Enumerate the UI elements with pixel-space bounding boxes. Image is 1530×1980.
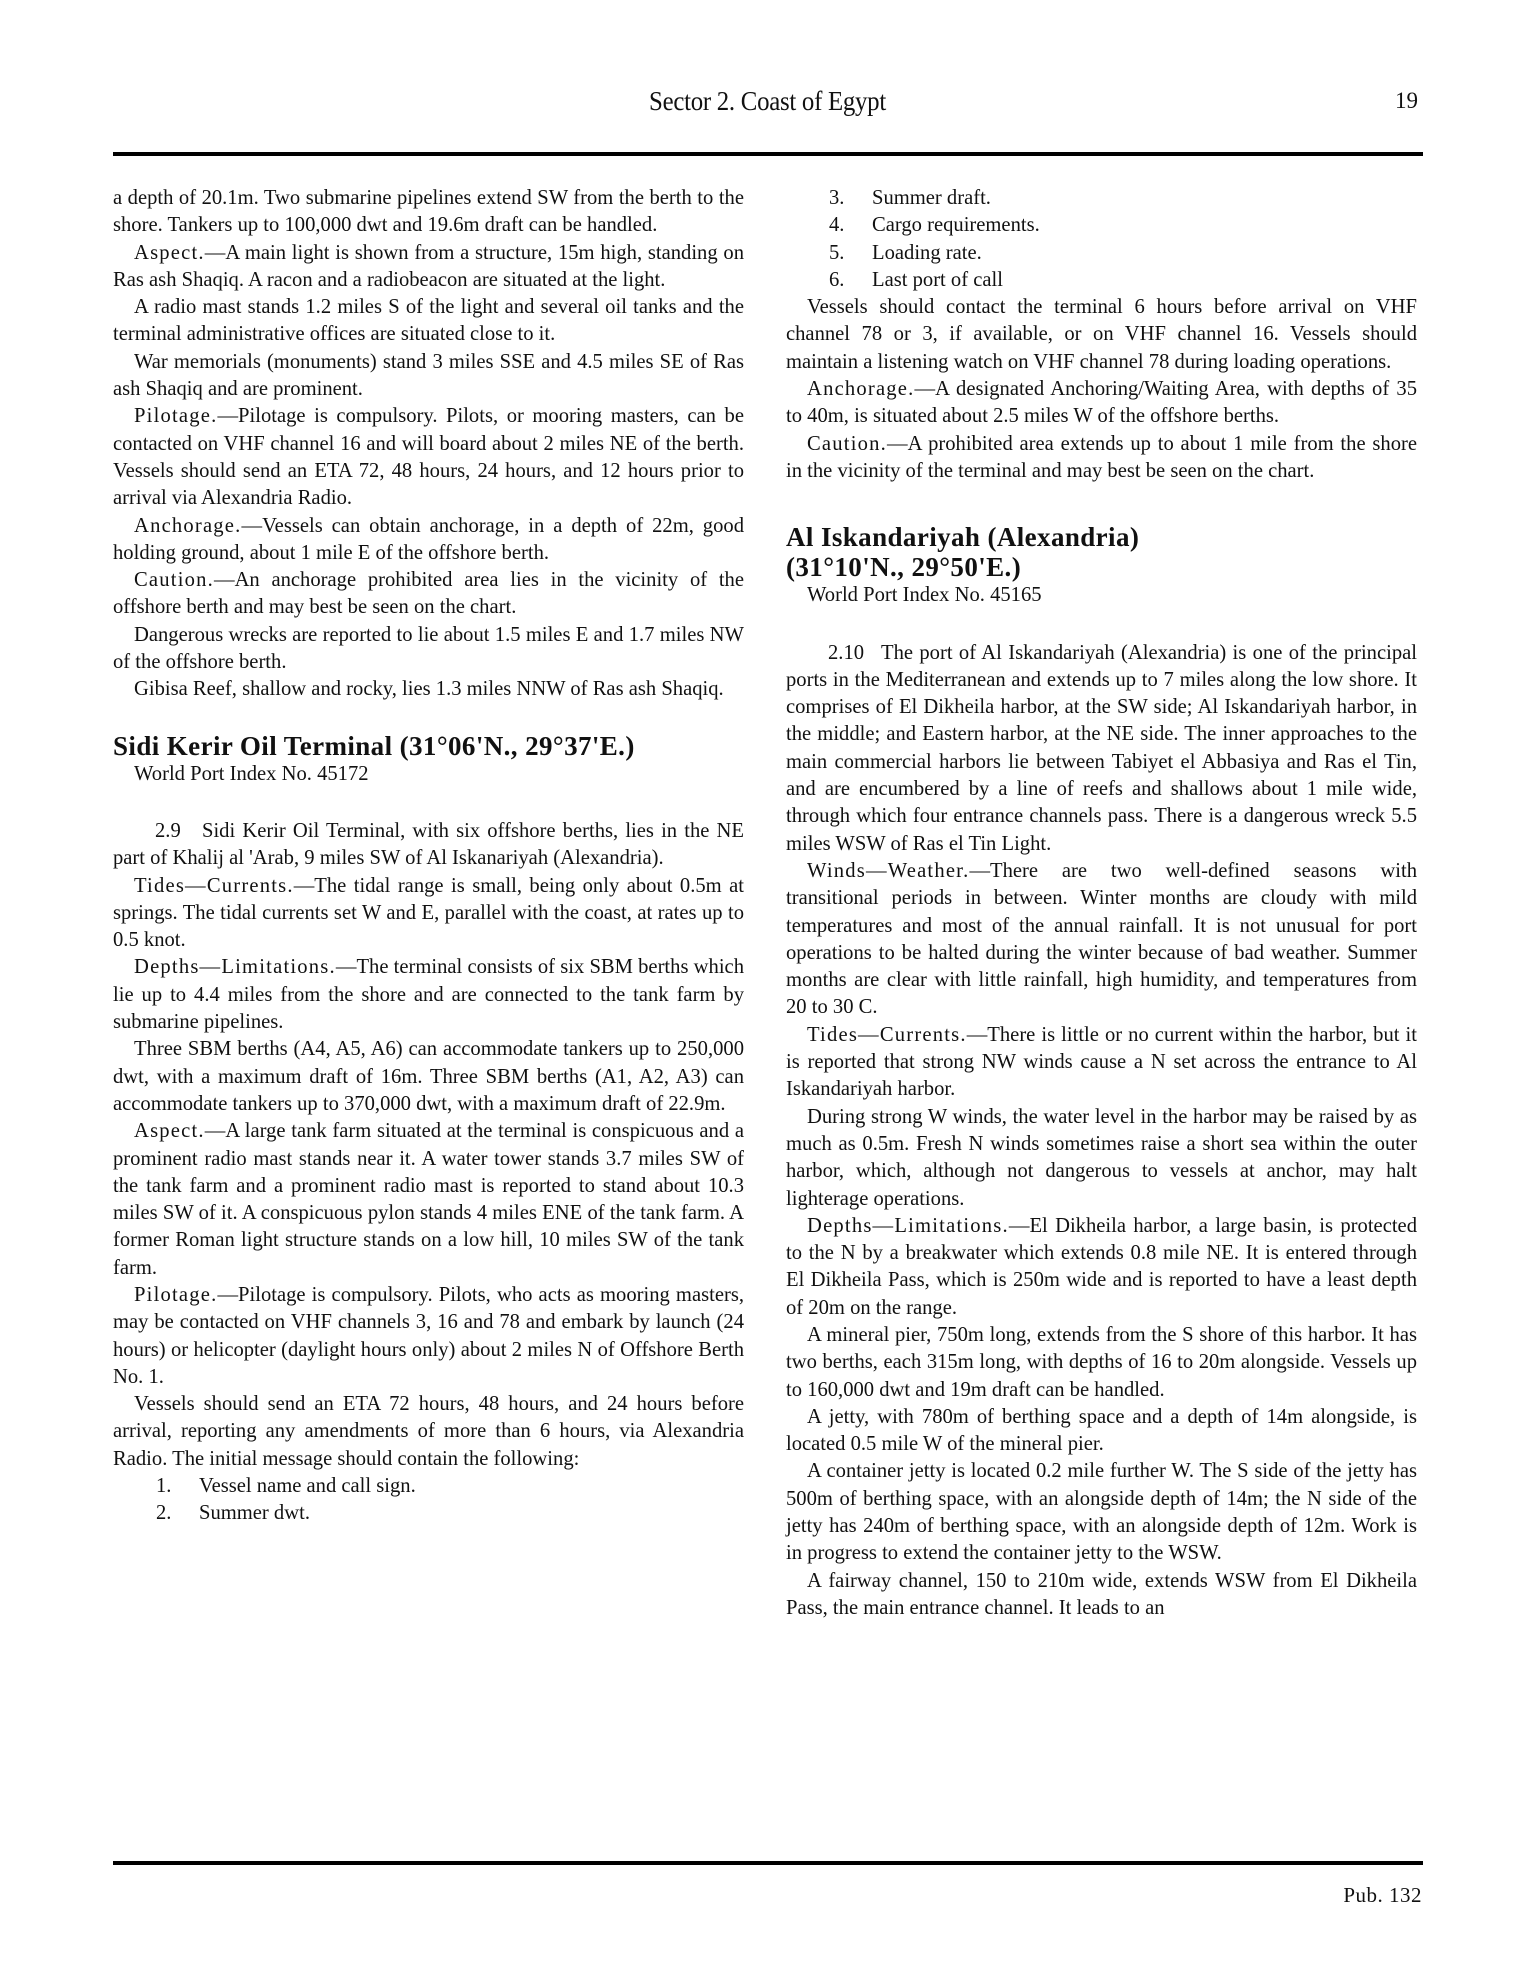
paragraph-pilotage: Pilotage.—Pilotage is compulsory. Pilots… [113, 1282, 744, 1391]
section-heading-line1: Al Iskandariyah (Alexandria) [786, 522, 1139, 552]
paragraph: Three SBM berths (A4, A5, A6) can accomm… [113, 1036, 744, 1118]
paragraph-number: 2.9 [134, 818, 202, 845]
paragraph: A radio mast stands 1.2 miles S of the l… [113, 294, 744, 349]
message-contents-list-continued: 3.Summer draft. 4.Cargo requirements. 5.… [786, 185, 1417, 294]
paragraph-caution: Caution.—A prohibited area extends up to… [786, 431, 1417, 486]
paragraph-lead: Anchorage. [134, 515, 242, 537]
paragraph: A jetty, with 780m of berthing space and… [786, 1404, 1417, 1459]
section-intro-paragraph: 2.9Sidi Kerir Oil Terminal, with six off… [113, 818, 744, 873]
left-continuation: a depth of 20.1m. Two submarine pipeline… [113, 185, 744, 704]
publication-label: Pub. 132 [1343, 1883, 1422, 1908]
paragraph-lead: Depths—Limitations. [807, 1215, 1009, 1237]
world-port-index: World Port Index No. 45172 [113, 761, 744, 788]
paragraph: Vessels should send an ETA 72 hours, 48 … [113, 1391, 744, 1473]
list-item: 4.Cargo requirements. [786, 212, 1417, 239]
paragraph-pilotage: Pilotage.—Pilotage is compulsory. Pilots… [113, 403, 744, 512]
paragraph: Vessels should contact the terminal 6 ho… [786, 294, 1417, 376]
paragraph-lead: Pilotage. [134, 1284, 217, 1306]
paragraph-caution: Caution.—An anchorage prohibited area li… [113, 567, 744, 622]
paragraph: A fairway channel, 150 to 210m wide, ext… [786, 1568, 1417, 1623]
paragraph-winds: Winds—Weather.—There are two well-define… [786, 858, 1417, 1022]
paragraph: Dangerous wrecks are reported to lie abo… [113, 622, 744, 677]
paragraph-lead: Tides—Currents. [134, 875, 294, 897]
paragraph-lead: Pilotage. [134, 405, 217, 427]
section-heading-sidi-kerir: Sidi Kerir Oil Terminal (31°06'N., 29°37… [113, 731, 744, 761]
paragraph-anchorage: Anchorage.—Vessels can obtain anchorage,… [113, 513, 744, 568]
paragraph-depths: Depths—Limitations.—El Dikheila harbor, … [786, 1213, 1417, 1322]
section-heading-alexandria: Al Iskandariyah (Alexandria) (31°10'N., … [786, 522, 1417, 582]
paragraph-aspect: Aspect.—A main light is shown from a str… [113, 240, 744, 295]
footer-rule [113, 1861, 1423, 1865]
paragraph-lead: Caution. [807, 433, 887, 455]
page-number: 19 [1395, 88, 1418, 114]
paragraph-lead: Depths—Limitations. [134, 956, 336, 978]
paragraph-anchorage: Anchorage.—A designated Anchoring/Waitin… [786, 376, 1417, 431]
paragraph-lead: Caution. [134, 569, 214, 591]
paragraph: War memorials (monuments) stand 3 miles … [113, 349, 744, 404]
message-contents-list: 1.Vessel name and call sign. 2.Summer dw… [113, 1473, 744, 1528]
paragraph: A container jetty is located 0.2 mile fu… [786, 1458, 1417, 1567]
running-title: Sector 2. Coast of Egypt [165, 86, 1369, 117]
paragraph-lead: Aspect. [134, 1120, 205, 1142]
list-item: 2.Summer dwt. [113, 1500, 744, 1527]
paragraph: During strong W winds, the water level i… [786, 1104, 1417, 1213]
running-header: Sector 2. Coast of Egypt 19 [113, 86, 1422, 126]
paragraph-lead: Winds—Weather. [807, 860, 969, 882]
paragraph-number: 2.10 [807, 640, 881, 667]
list-item: 3.Summer draft. [786, 185, 1417, 212]
list-item: 1.Vessel name and call sign. [113, 1473, 744, 1500]
world-port-index: World Port Index No. 45165 [786, 582, 1417, 609]
paragraph-aspect: Aspect.—A large tank farm situated at th… [113, 1118, 744, 1282]
paragraph: Gibisa Reef, shallow and rocky, lies 1.3… [113, 676, 744, 703]
list-item: 5.Loading rate. [786, 240, 1417, 267]
paragraph-depths: Depths—Limitations.—The terminal consist… [113, 954, 744, 1036]
left-column: a depth of 20.1m. Two submarine pipeline… [113, 185, 744, 1528]
section-intro-paragraph: 2.10The port of Al Iskandariyah (Alexand… [786, 640, 1417, 858]
paragraph: A mineral pier, 750m long, extends from … [786, 1322, 1417, 1404]
paragraph: a depth of 20.1m. Two submarine pipeline… [113, 185, 744, 240]
paragraph-lead: Anchorage. [807, 378, 915, 400]
paragraph-tides: Tides—Currents.—There is little or no cu… [786, 1022, 1417, 1104]
section-heading-line2: (31°10'N., 29°50'E.) [786, 552, 1021, 582]
paragraph-lead: Aspect. [134, 242, 205, 264]
list-item: 6.Last port of call [786, 267, 1417, 294]
paragraph-tides: Tides—Currents.—The tidal range is small… [113, 873, 744, 955]
header-rule [113, 152, 1423, 156]
right-column: 3.Summer draft. 4.Cargo requirements. 5.… [786, 185, 1417, 1622]
paragraph-lead: Tides—Currents. [807, 1024, 967, 1046]
